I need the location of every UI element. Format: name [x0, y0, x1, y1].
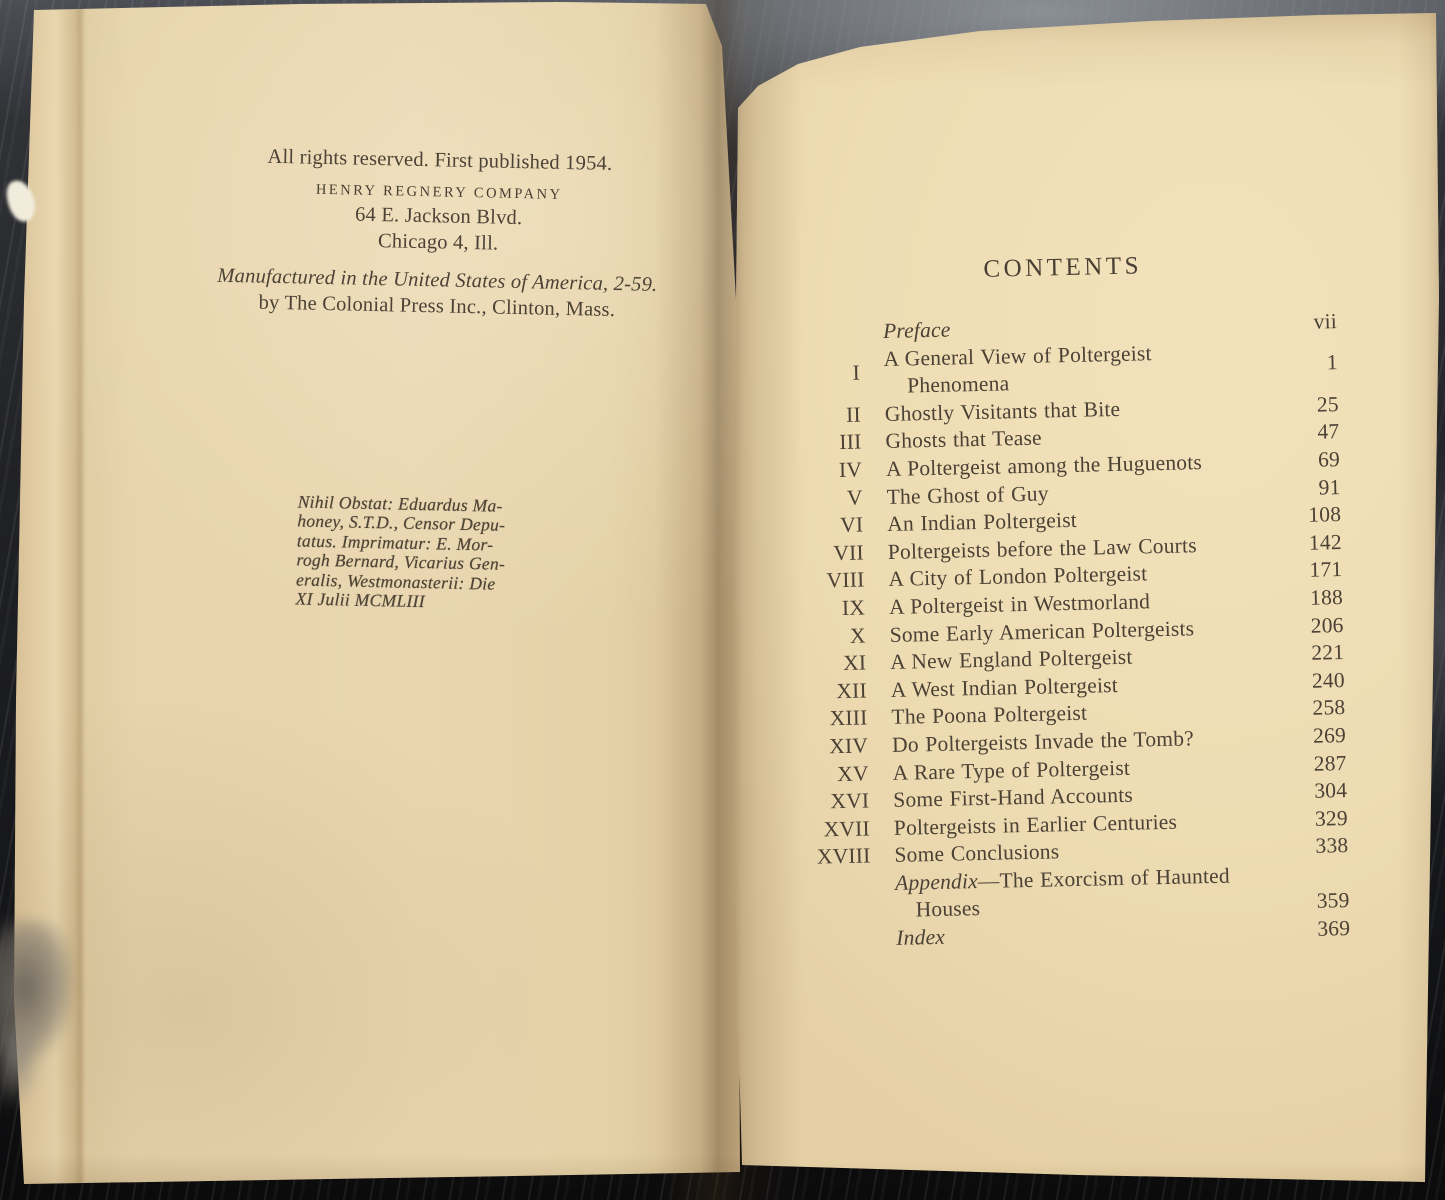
chapter-roman: V [780, 484, 863, 513]
chapter-roman [790, 945, 872, 947]
copyright-block: All rights reserved. First published 195… [137, 141, 740, 326]
chapter-page: vii [1285, 308, 1338, 337]
chapter-title: A General View of Poltergeist Phenomena [883, 337, 1286, 401]
contents-heading: CONTENTS [719, 247, 1405, 290]
chapter-page: 221 [1292, 639, 1345, 668]
chapter-roman [777, 339, 859, 341]
chapter-page: 369 [1298, 915, 1351, 944]
chapter-page: 269 [1294, 722, 1347, 751]
chapter-page: 188 [1291, 584, 1344, 613]
chapter-page: 47 [1287, 418, 1340, 447]
chapter-roman: III [779, 429, 862, 458]
chapter-page: 1 [1286, 350, 1339, 379]
left-page: All rights reserved. First published 195… [14, 0, 740, 1188]
chapter-page: 359 [1297, 887, 1350, 916]
chapter-roman: XVI [787, 788, 870, 817]
chapter-page: 25 [1286, 391, 1339, 420]
chapter-roman: X [783, 622, 866, 651]
chapter-page: 338 [1296, 832, 1349, 861]
chapter-title: Appendix—The Exorcism of Haunted Houses [895, 861, 1298, 925]
nihil-obstat-block: Nihil Obstat: Eduardus Ma- honey, S.T.D.… [295, 492, 597, 615]
chapter-page: 142 [1289, 529, 1342, 558]
chapter-roman: XVIII [788, 843, 871, 872]
chapter-roman: IX [783, 594, 866, 623]
chapter-roman: XVII [788, 815, 871, 844]
chapter-roman: IV [780, 456, 863, 485]
chapter-page: 329 [1295, 805, 1348, 834]
left-page-content: All rights reserved. First published 195… [0, 0, 745, 1195]
chapter-roman: VI [781, 512, 864, 541]
rights-line: All rights reserved. First published 195… [140, 141, 740, 180]
chapter-roman: II [779, 401, 862, 430]
right-page: CONTENTS Preface vii I A General View of… [728, 8, 1442, 1192]
appendix-title-rest: —The Exorcism of Haunted [978, 863, 1230, 892]
appendix-label: Appendix [895, 869, 978, 895]
chapter-roman: XIII [785, 705, 868, 734]
chapter-page: 240 [1292, 667, 1345, 696]
chapter-page: 258 [1293, 694, 1346, 723]
chapter-page: 304 [1295, 777, 1348, 806]
chapter-roman: XII [785, 677, 868, 706]
chapter-roman: VII [782, 539, 865, 568]
right-page-content: CONTENTS Preface vii I A General View of… [714, 0, 1445, 1199]
chapter-roman: XV [786, 760, 869, 789]
chapter-roman: XI [784, 650, 867, 679]
chapter-page: 287 [1294, 750, 1347, 779]
chapter-roman: I [778, 360, 861, 389]
chapter-page: 91 [1288, 474, 1341, 503]
open-book-photo: All rights reserved. First published 195… [0, 0, 1445, 1200]
chapter-page: 69 [1288, 446, 1341, 475]
chapter-page: 108 [1289, 501, 1342, 530]
chapter-page: 171 [1290, 556, 1343, 585]
chapter-roman: VIII [782, 567, 865, 596]
table-of-contents: Preface vii I A General View of Polterge… [777, 308, 1351, 955]
chapter-page: 206 [1291, 612, 1344, 641]
chapter-roman: XIV [786, 732, 869, 761]
